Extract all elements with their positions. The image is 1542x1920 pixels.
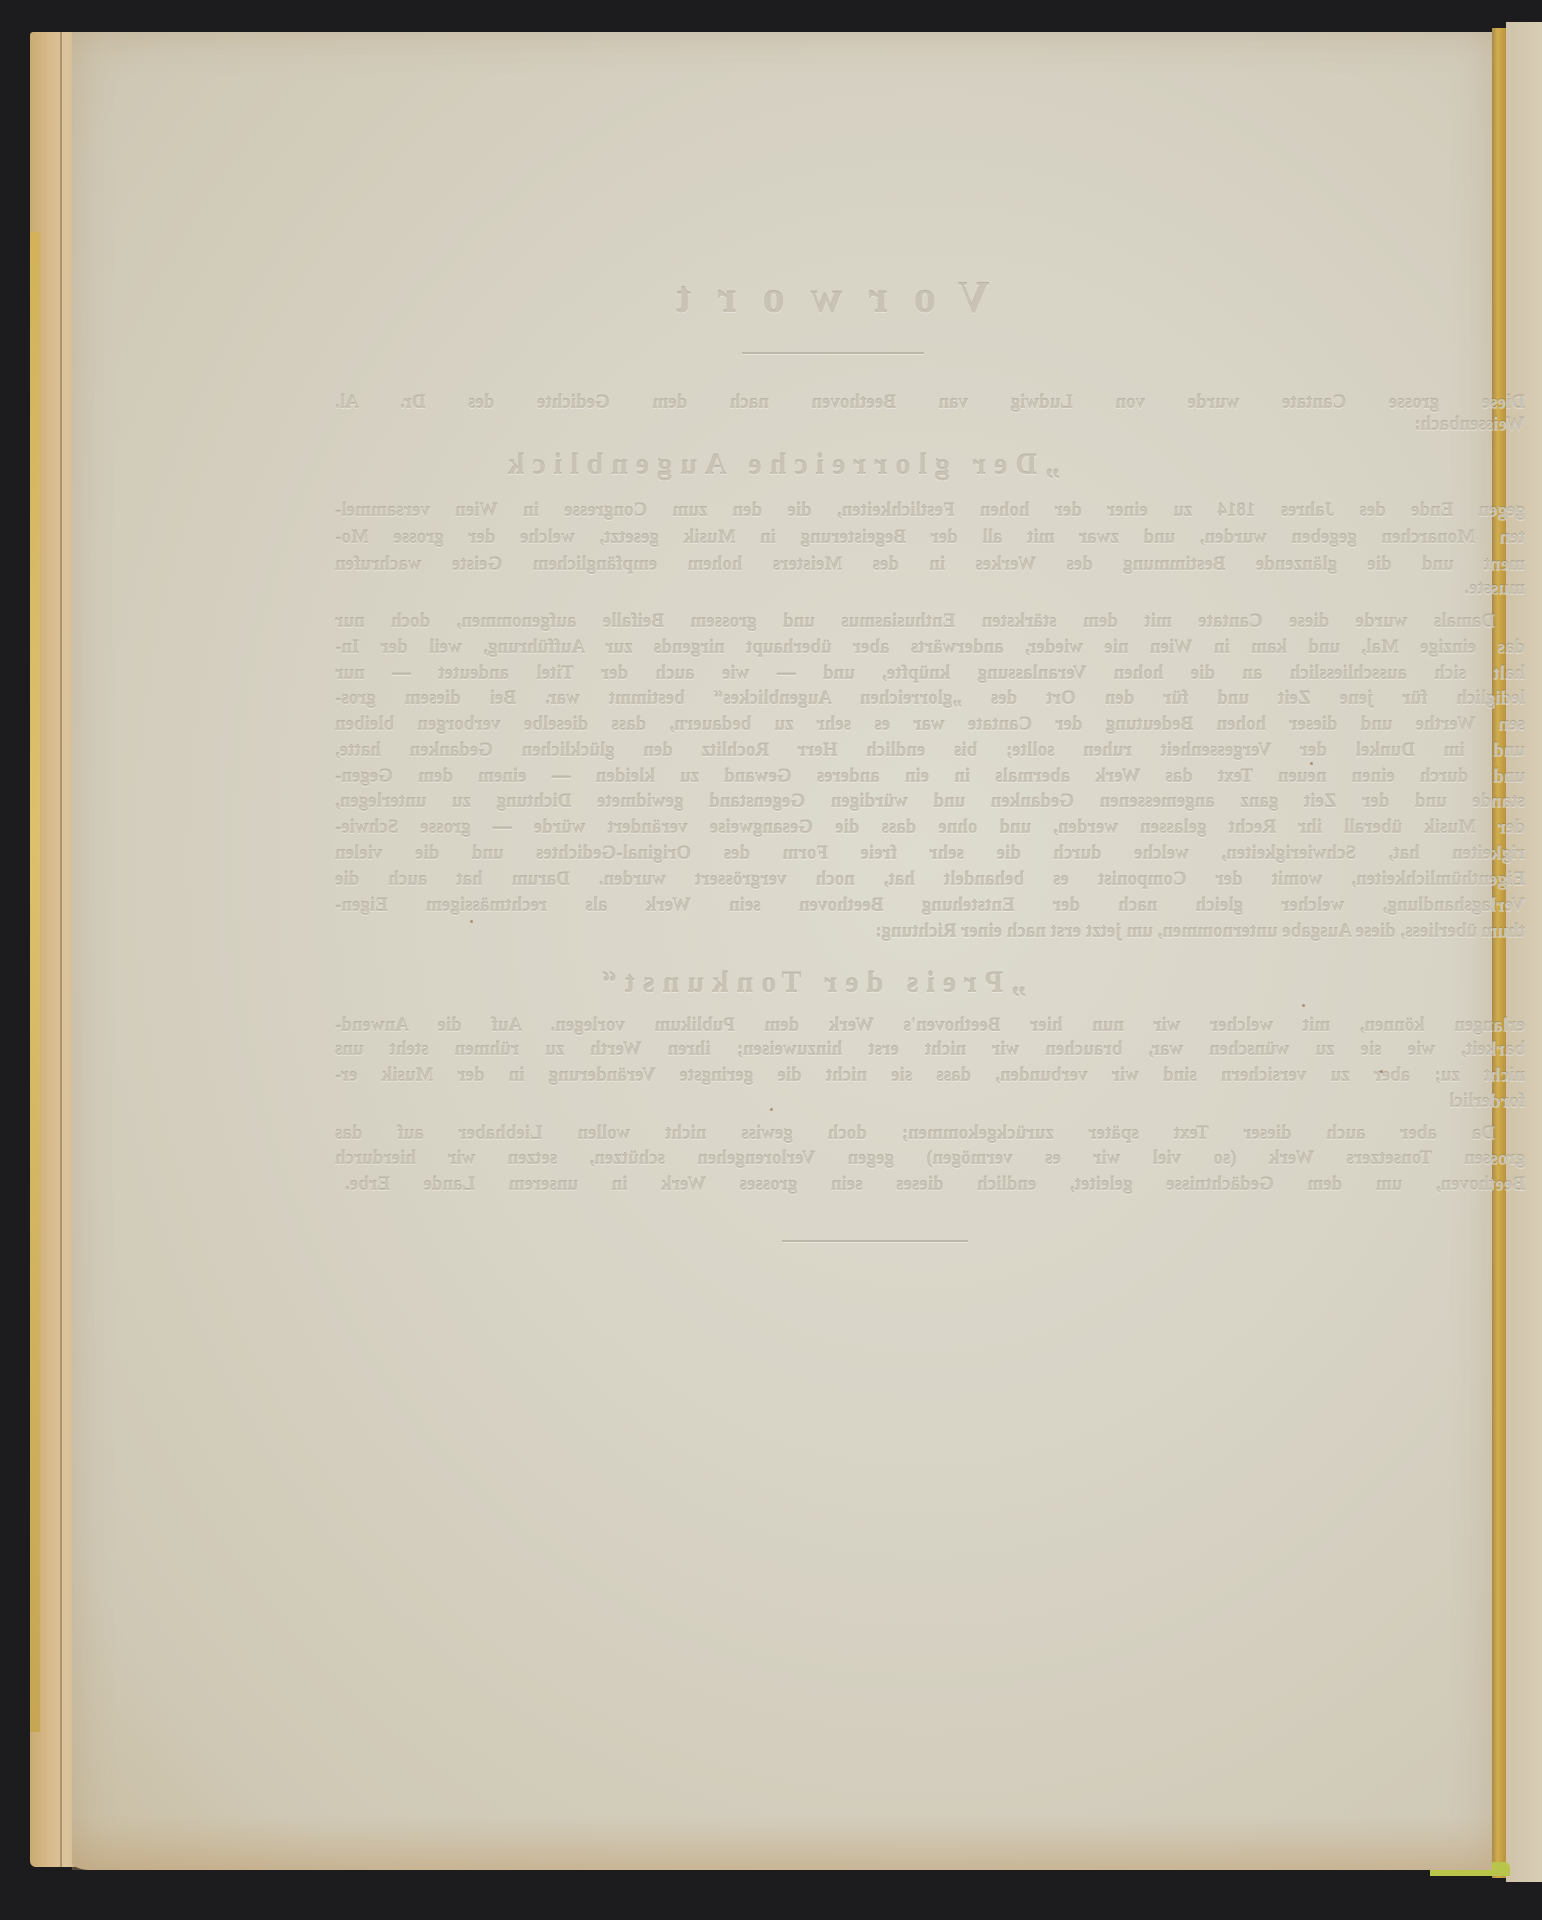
text-line: stande und der Zeit ganz angemessenen Ge… [335,791,1525,815]
paper-speck [1310,762,1313,765]
text-line: ment und die glänzende Bestimmung des We… [335,554,1525,578]
paper-speck [1380,1070,1383,1073]
title-rule [742,352,924,354]
paper-speck [470,920,473,923]
text-line: Da aber auch dieser Text später zurückge… [335,1123,1495,1147]
page-lower-edge [72,1815,1492,1870]
section-heading: „Der glorreiche Augenblick“ [500,448,1060,488]
closing-rule [782,1240,968,1242]
paper-speck [1302,1004,1305,1007]
page-crease [60,32,62,1867]
paper-speck [770,1108,773,1111]
text-line: Weissenbach: [1175,414,1525,438]
text-line: rigkeiten hat, Schwierigkeiten, welche d… [335,843,1525,867]
facing-page-edge [1506,22,1542,1882]
text-line: und durch einen neuen Text das Werk aber… [335,766,1525,790]
text-line: und im Dunkel der Vergessenheit ruhen so… [335,740,1525,764]
text-line: forderlich macht hat. [1450,1091,1525,1115]
text-line: Diese grosse Cantate wurde von Ludwig va… [335,392,1525,416]
book-gutter [1492,28,1506,1878]
text-line: Damals wurde diese Cantate mit dem stärk… [335,611,1495,635]
text-line: das einzige Mal, und kam in Wien nie wie… [335,637,1525,661]
page-title: Vorwort [620,272,1020,322]
text-line: ten Monarchen gegeben wurden, und zwar m… [335,527,1525,551]
text-line: lediglich für jene Zeit und für den Ort … [335,688,1525,712]
section-heading: „Preis der Tonkunst“ [560,966,1060,1006]
text-line: grossen Tonsetzers Werk (so viel wir es … [335,1148,1525,1172]
text-line: gegen Ende des Jahres 1814 zu einer der … [335,500,1525,524]
text-line: Verlagshandlung, welcher gleich nach der… [335,895,1525,919]
text-line: musste. [1405,578,1525,602]
text-line: nicht zu; aber zu versichern sind wir ve… [335,1065,1525,1089]
text-line: der Musik überall ihr Recht gelassen wer… [335,817,1525,841]
text-line: thum überliess, diese Ausgabe unternomme… [555,921,1525,945]
text-line: Eigenthümlichkeiten, womit der Componist… [335,869,1525,893]
gilt-edge-strip [30,232,40,1732]
photo-scene: Vorwort Diese grosse Cantate wurde von L… [0,0,1542,1920]
text-line: Beethoven, um dem Gedächtnisse geleitet,… [345,1174,1525,1198]
text-line: erlangen können, mit welcher wir nun hie… [335,1015,1525,1039]
text-line: sen Werthe und dieser hohen Bedeutung de… [335,714,1525,738]
text-line: barkeit, wie sie zu wünschen war, brauch… [335,1039,1525,1063]
text-line: halt sich ausschliesslich an die hohen V… [335,663,1525,687]
